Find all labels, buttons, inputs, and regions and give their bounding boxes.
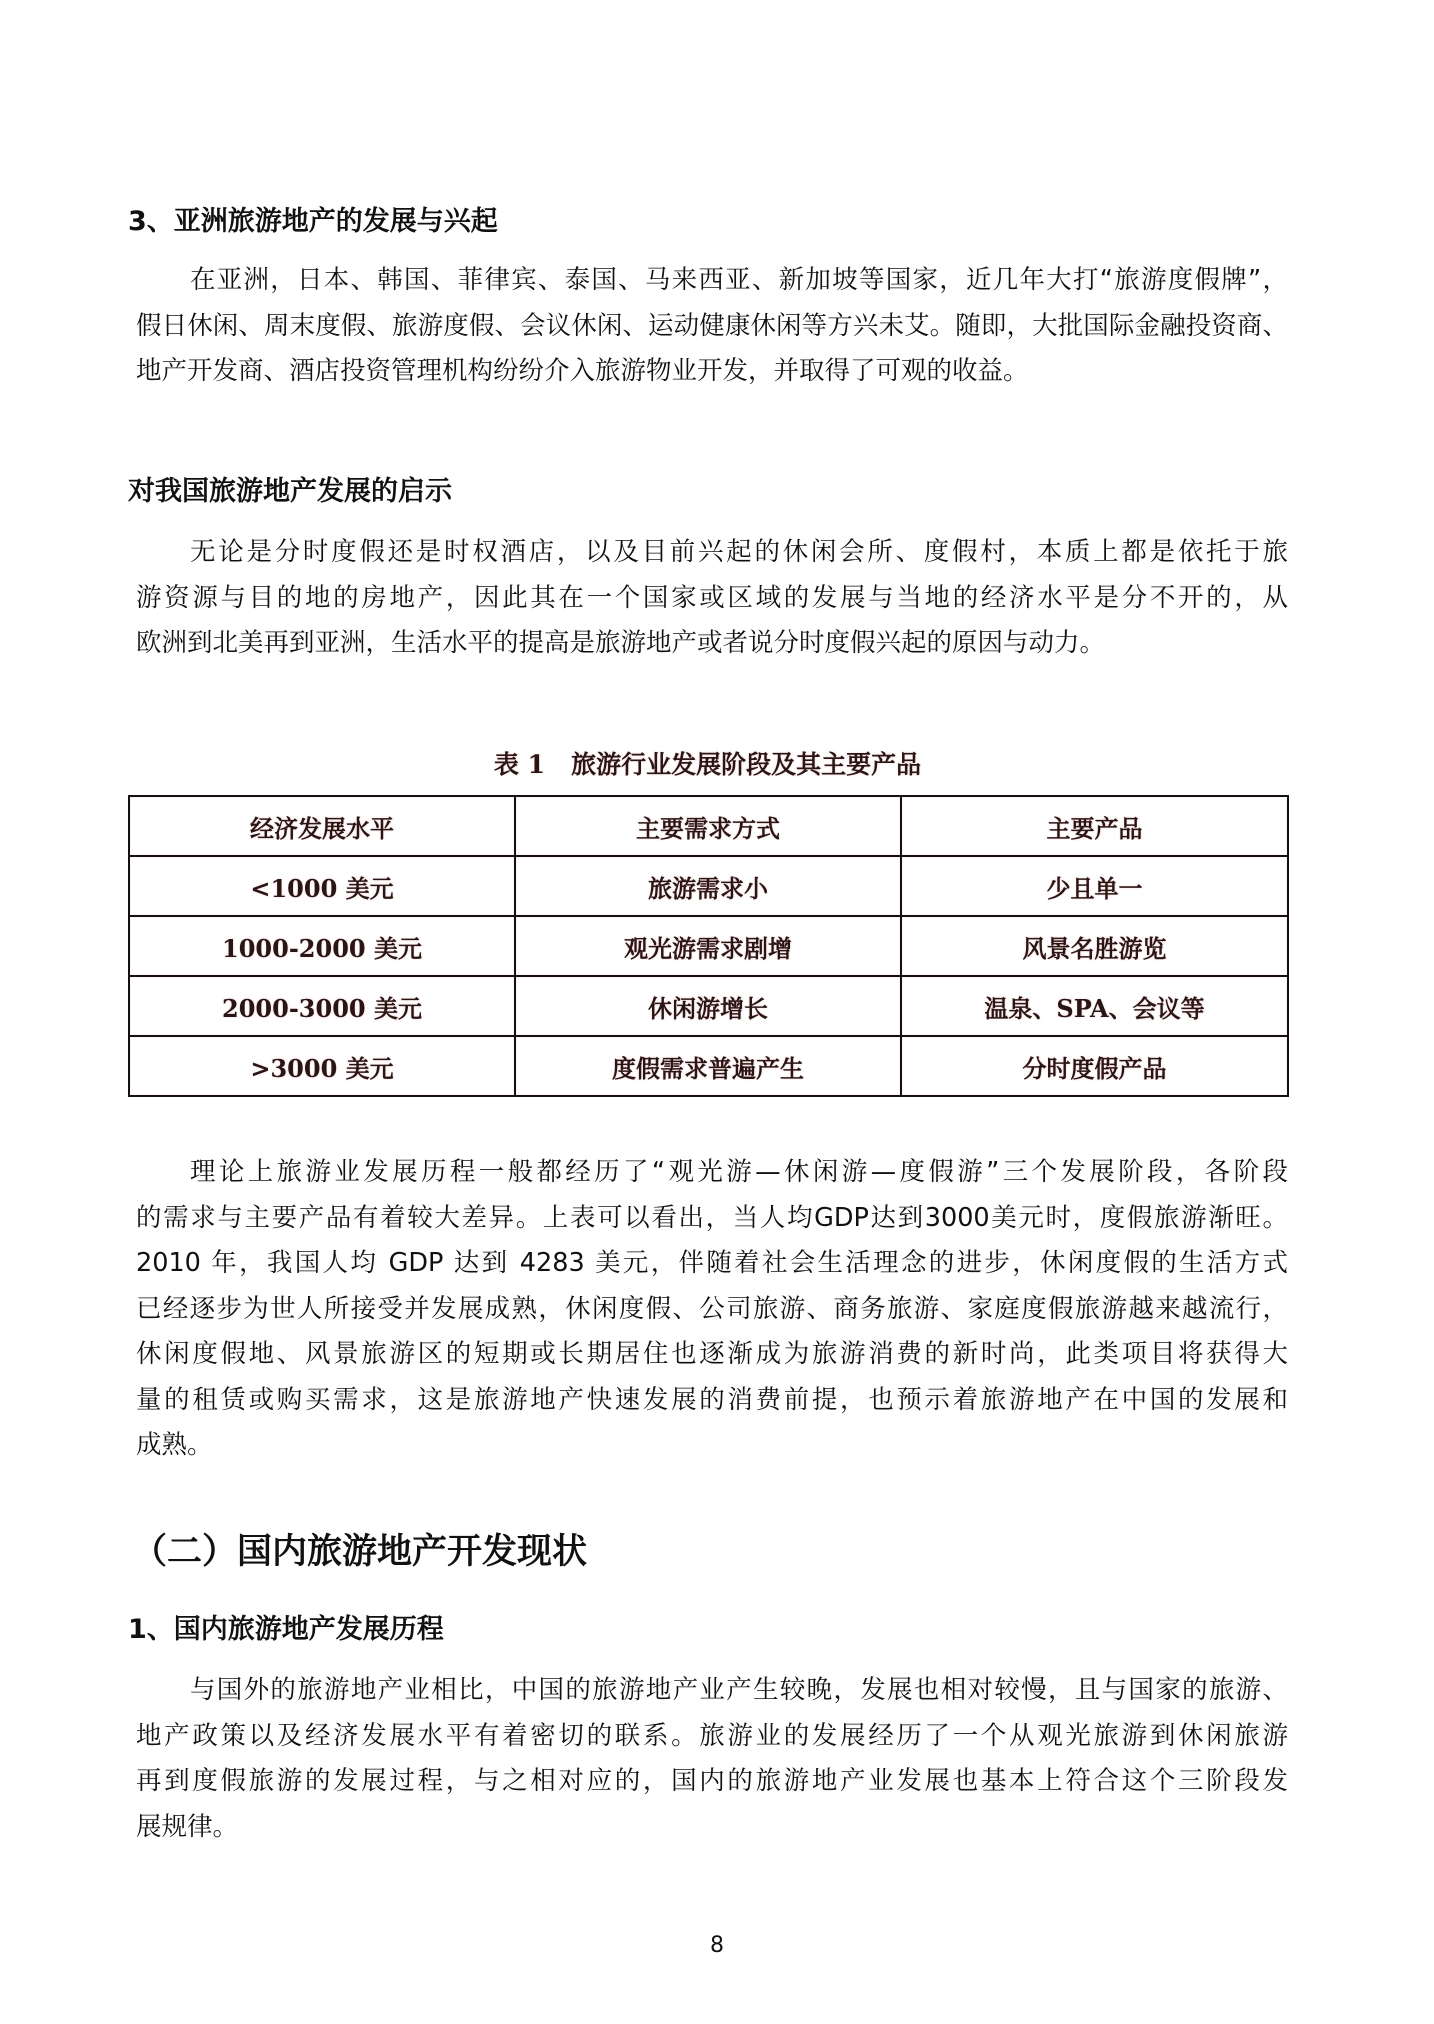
table-row: 2000-3000 美元 休闲游增长 温泉、SPA、会议等 [129, 976, 1288, 1036]
table-cell: 2000-3000 美元 [129, 976, 515, 1036]
paragraph-line: 无论是分时度假还是时权酒店，以及目前兴起的休闲会所、度假村，本质上都是依托于旅 [136, 530, 1288, 576]
table-cell: <1000 美元 [129, 856, 515, 916]
paragraph-line: 地产开发商、酒店投资管理机构纷纷介入旅游物业开发，并取得了可观的收益。 [136, 349, 1288, 395]
table-cell: 度假需求普遍产生 [515, 1036, 901, 1096]
paragraph-theory: 理论上旅游业发展历程一般都经历了“观光游—休闲游—度假游”三个发展阶段，各阶段 … [136, 1150, 1288, 1469]
section-heading-domestic: （二）国内旅游地产开发现状 [132, 1530, 587, 1574]
table-cell: 1000-2000 美元 [129, 916, 515, 976]
paragraph-inspiration: 无论是分时度假还是时权酒店，以及目前兴起的休闲会所、度假村，本质上都是依托于旅 … [136, 530, 1288, 667]
paragraph-history: 与国外的旅游地产业相比，中国的旅游地产业产生较晚，发展也相对较慢，且与国家的旅游… [136, 1668, 1288, 1850]
page-number: 8 [0, 1933, 1434, 1958]
section-heading-inspiration: 对我国旅游地产发展的启示 [128, 474, 452, 510]
paragraph-asia: 在亚洲，日本、韩国、菲律宾、泰国、马来西亚、新加坡等国家，近几年大打“旅游度假牌… [136, 258, 1288, 395]
paragraph-line: 2010 年，我国人均 GDP 达到 4283 美元，伴随着社会生活理念的进步，… [136, 1241, 1288, 1287]
paragraph-line: 已经逐步为世人所接受并发展成熟，休闲度假、公司旅游、商务旅游、家庭度假旅游越来越… [136, 1287, 1288, 1333]
subsection-heading-history: 1、国内旅游地产发展历程 [128, 1612, 444, 1648]
section-heading-asia: 3、亚洲旅游地产的发展与兴起 [128, 204, 498, 240]
paragraph-line: 成熟。 [136, 1423, 1288, 1469]
paragraph-line: 在亚洲，日本、韩国、菲律宾、泰国、马来西亚、新加坡等国家，近几年大打“旅游度假牌… [136, 258, 1288, 304]
table-cell: 观光游需求剧增 [515, 916, 901, 976]
table-cell: 少且单一 [901, 856, 1288, 916]
paragraph-line: 的需求与主要产品有着较大差异。上表可以看出，当人均GDP达到3000美元时，度假… [136, 1196, 1288, 1242]
table-cell: 风景名胜游览 [901, 916, 1288, 976]
table-header-cell: 主要产品 [901, 796, 1288, 856]
table-row: <1000 美元 旅游需求小 少且单一 [129, 856, 1288, 916]
table-caption: 表 1 旅游行业发展阶段及其主要产品 [128, 747, 1287, 783]
table-cell: 休闲游增长 [515, 976, 901, 1036]
table-header-cell: 主要需求方式 [515, 796, 901, 856]
paragraph-line: 假日休闲、周末度假、旅游度假、会议休闲、运动健康休闲等方兴未艾。随即，大批国际金… [136, 304, 1288, 350]
table-cell: 旅游需求小 [515, 856, 901, 916]
table-header-cell: 经济发展水平 [129, 796, 515, 856]
table-cell: 分时度假产品 [901, 1036, 1288, 1096]
table-cell: >3000 美元 [129, 1036, 515, 1096]
paragraph-line: 再到度假旅游的发展过程，与之相对应的，国内的旅游地产业发展也基本上符合这个三阶段… [136, 1759, 1288, 1805]
table-row: 1000-2000 美元 观光游需求剧增 风景名胜游览 [129, 916, 1288, 976]
paragraph-line: 欧洲到北美再到亚洲，生活水平的提高是旅游地产或者说分时度假兴起的原因与动力。 [136, 621, 1288, 667]
paragraph-line: 量的租赁或购买需求，这是旅游地产快速发展的消费前提，也预示着旅游地产在中国的发展… [136, 1378, 1288, 1424]
paragraph-line: 展规律。 [136, 1805, 1288, 1851]
paragraph-line: 游资源与目的地的房地产，因此其在一个国家或区域的发展与当地的经济水平是分不开的，… [136, 576, 1288, 622]
paragraph-line: 地产政策以及经济发展水平有着密切的联系。旅游业的发展经历了一个从观光旅游到休闲旅… [136, 1714, 1288, 1760]
paragraph-line: 休闲度假地、风景旅游区的短期或长期居住也逐渐成为旅游消费的新时尚，此类项目将获得… [136, 1332, 1288, 1378]
table-row: >3000 美元 度假需求普遍产生 分时度假产品 [129, 1036, 1288, 1096]
paragraph-line: 与国外的旅游地产业相比，中国的旅游地产业产生较晚，发展也相对较慢，且与国家的旅游… [136, 1668, 1288, 1714]
table-cell: 温泉、SPA、会议等 [901, 976, 1288, 1036]
tourism-stages-table: 经济发展水平 主要需求方式 主要产品 <1000 美元 旅游需求小 少且单一 1… [128, 795, 1289, 1097]
paragraph-line: 理论上旅游业发展历程一般都经历了“观光游—休闲游—度假游”三个发展阶段，各阶段 [136, 1150, 1288, 1196]
table-header-row: 经济发展水平 主要需求方式 主要产品 [129, 796, 1288, 856]
